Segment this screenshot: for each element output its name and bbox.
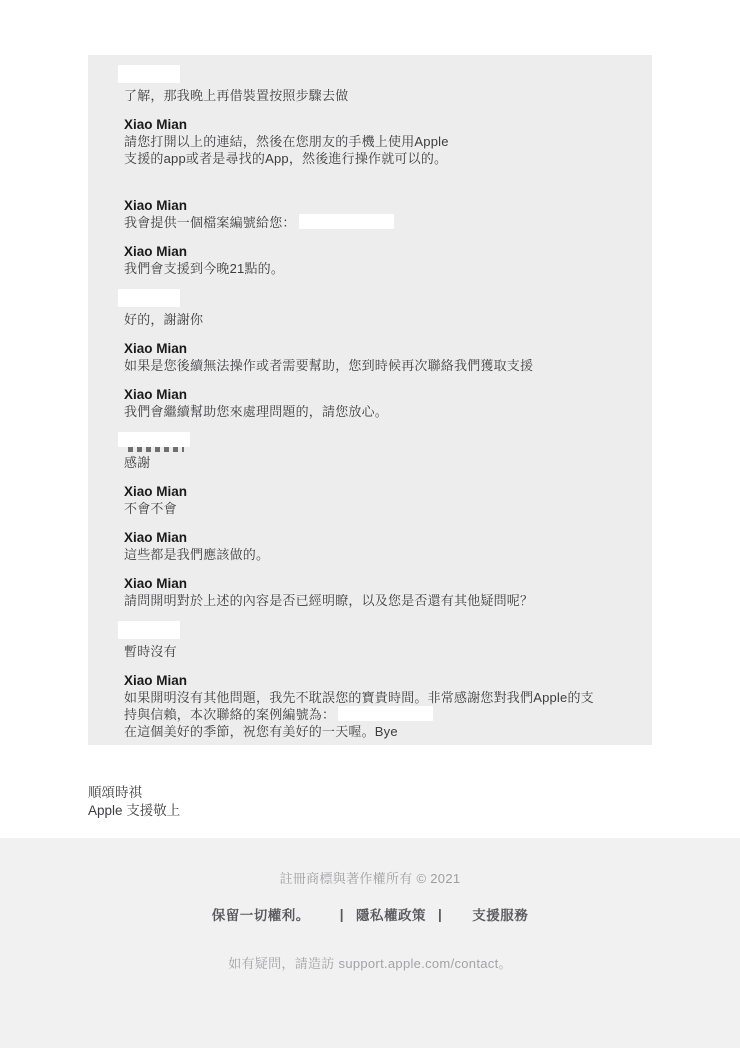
redacted-name-fragments [128, 447, 184, 452]
footer-links: 保留一切權利。|隱私權政策|支援服務 [0, 904, 740, 924]
message-line: 在這個美好的季節，祝您有美好的一天喔。Bye [124, 723, 626, 740]
message-customer: 了解，那我晚上再借裝置按照步驟去做 [124, 65, 626, 104]
message-text: 感謝 [124, 455, 150, 470]
redaction-box-customer-name [118, 65, 180, 83]
redaction-box-inline [338, 706, 433, 721]
sender-name: Xiao Mian [124, 340, 626, 357]
message-line: 如果是您後續無法操作或者需要幫助，您到時候再次聯絡我們獲取支援 [124, 357, 626, 374]
sender-name: Xiao Mian [124, 672, 626, 689]
message-line: 持與信賴，本次聯絡的案例編號為： [124, 706, 626, 723]
redaction-box-customer-name [118, 432, 190, 447]
sender-name: Xiao Mian [124, 575, 626, 592]
redaction-box-inline [299, 214, 394, 229]
footer-link-text: 保留一切權利。 [212, 904, 310, 924]
message-text: 了解，那我晚上再借裝置按照步驟去做 [124, 88, 348, 103]
message-customer: 好的，謝謝你 [124, 289, 626, 328]
message-text: 我們會繼續幫助您來處理問題的，請您放心。 [124, 404, 388, 419]
sender-name: Xiao Mian [124, 386, 626, 403]
message-agent: Xiao Mian不會不會 [124, 483, 626, 517]
signature-sender: Apple 支援敬上 [88, 802, 180, 820]
footer-link-separator: | [340, 907, 344, 922]
message-agent: Xiao Mian如果開明沒有其他問題，我先不耽誤您的寶貴時間。非常感謝您對我們… [124, 672, 626, 740]
message-text: 持與信賴，本次聯絡的案例編號為： [124, 707, 335, 722]
message-text: 不會不會 [124, 501, 177, 516]
message-text: 暫時沒有 [124, 644, 177, 659]
message-text: 在這個美好的季節，祝您有美好的一天喔。Bye [124, 724, 398, 739]
message-agent: Xiao Mian我會提供一個檔案編號給您： [124, 197, 626, 231]
footer-link-item[interactable]: 支援服務 [472, 904, 528, 924]
message-customer: 暫時沒有 [124, 621, 626, 660]
footer: 註冊商標與著作權所有 © 2021 保留一切權利。|隱私權政策|支援服務 如有疑… [0, 838, 740, 1048]
message-agent: Xiao Mian如果是您後續無法操作或者需要幫助，您到時候再次聯絡我們獲取支援 [124, 340, 626, 374]
sender-name: Xiao Mian [124, 243, 626, 260]
footer-contact-note: 如有疑問，請造訪 support.apple.com/contact。 [0, 953, 740, 972]
message-line: 不會不會 [124, 500, 626, 517]
message-agent: Xiao Mian請問開明對於上述的內容是否已經明瞭，以及您是否還有其他疑問呢？ [124, 575, 626, 609]
message-text: 請您打開以上的連結，然後在您朋友的手機上使用Apple [124, 134, 449, 149]
message-text: 如果是您後續無法操作或者需要幫助，您到時候再次聯絡我們獲取支援 [124, 358, 533, 373]
message-text: 如果開明沒有其他問題，我先不耽誤您的寶貴時間。非常感謝您對我們Apple的支 [124, 690, 594, 705]
footer-link-item[interactable]: 隱私權政策 [356, 904, 426, 924]
footer-copyright: 註冊商標與著作權所有 © 2021 [0, 868, 740, 887]
message-line: 我們會支援到今晚21點的。 [124, 260, 626, 277]
message-text: 我會提供一個檔案編號給您： [124, 215, 296, 230]
message-customer: 感謝 [124, 432, 626, 471]
message-line: 我們會繼續幫助您來處理問題的，請您放心。 [124, 403, 626, 420]
sender-name: Xiao Mian [124, 197, 626, 214]
sender-name: Xiao Mian [124, 483, 626, 500]
redaction-partial-wrap [118, 432, 202, 452]
message-line: 請您打開以上的連結，然後在您朋友的手機上使用Apple [124, 133, 626, 150]
message-agent: Xiao Mian我們會繼續幫助您來處理問題的，請您放心。 [124, 386, 626, 420]
signature: 順頌時祺 Apple 支援敬上 [88, 784, 180, 820]
message-text: 這些都是我們應該做的。 [124, 547, 269, 562]
message-line: 我會提供一個檔案編號給您： [124, 214, 626, 231]
chat-transcript-panel: 了解，那我晚上再借裝置按照步驟去做Xiao Mian請您打開以上的連結，然後在您… [88, 55, 652, 745]
message-line: 感謝 [124, 454, 626, 471]
message-agent: Xiao Mian這些都是我們應該做的。 [124, 529, 626, 563]
message-line: 好的，謝謝你 [124, 311, 626, 328]
message-text: 好的，謝謝你 [124, 312, 203, 327]
footer-link-separator: | [438, 907, 442, 922]
redaction-box-customer-name [118, 289, 180, 307]
sender-name: Xiao Mian [124, 529, 626, 546]
message-text: 我們會支援到今晚21點的。 [124, 261, 284, 276]
message-agent: Xiao Mian我們會支援到今晚21點的。 [124, 243, 626, 277]
message-text: 請問開明對於上述的內容是否已經明瞭，以及您是否還有其他疑問呢？ [124, 593, 533, 608]
message-line: 支援的app或者是尋找的App，然後進行操作就可以的。 [124, 150, 626, 167]
message-line: 了解，那我晚上再借裝置按照步驟去做 [124, 87, 626, 104]
message-line: 如果開明沒有其他問題，我先不耽誤您的寶貴時間。非常感謝您對我們Apple的支 [124, 689, 626, 706]
message-text: 支援的app或者是尋找的App，然後進行操作就可以的。 [124, 151, 447, 166]
message-line: 這些都是我們應該做的。 [124, 546, 626, 563]
message-line: 暫時沒有 [124, 643, 626, 660]
message-line: 請問開明對於上述的內容是否已經明瞭，以及您是否還有其他疑問呢？ [124, 592, 626, 609]
redaction-box-customer-name [118, 621, 180, 639]
signature-closing: 順頌時祺 [88, 784, 180, 802]
sender-name: Xiao Mian [124, 116, 626, 133]
message-agent: Xiao Mian請您打開以上的連結，然後在您朋友的手機上使用Apple支援的a… [124, 116, 626, 167]
